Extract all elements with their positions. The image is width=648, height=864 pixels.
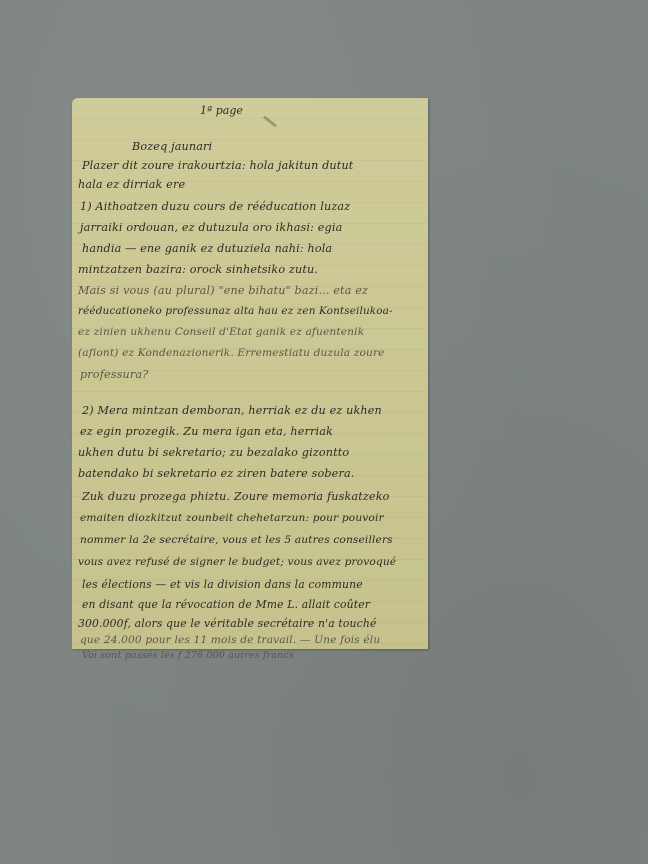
text-line: hala ez dirriak ere [78,178,185,191]
text-line: que 24.000 pour les 11 mois de travail. … [80,634,380,646]
text-line: emaiten diozkitzut zounbeit chehetarzun:… [80,512,384,524]
text-line: Voi sont passés les f 276.000 autres fra… [82,650,294,661]
text-line: les élections — et vis la division dans … [82,578,363,591]
text-line: 2) Mera mintzan demboran, herriak ez du … [82,404,382,417]
text-line: (afiont) ez Kondenazionerik. Erremestiat… [78,347,385,359]
text-line: professura? [80,368,148,381]
text-line: nommer la 2e secrétaire, vous et les 5 a… [80,534,393,546]
text-line: ez egin prozegik. Zu mera igan eta, herr… [80,425,333,438]
text-line: ez zinien ukhenu Conseil d'Etat ganik ez… [78,326,364,338]
salutation: Bozeq jaunari [132,140,212,153]
text-line: en disant que la révocation de Mme L. al… [82,598,370,611]
page-label: 1ª page [200,104,243,117]
text-line: mintzatzen bazira: orock sinhetsiko zutu… [78,263,318,276]
text-line: ukhen dutu bi sekretario; zu bezalako gi… [78,446,349,459]
text-line: 1) Aithoatzen duzu cours de rééducation … [80,200,350,213]
text-line: vous avez refusé de signer le budget; vo… [78,556,396,568]
text-line: Zuk duzu prozega phiztu. Zoure memoria f… [82,490,390,503]
text-line: batendako bi sekretario ez ziren batere … [78,467,354,480]
text-line: rééducationeko professunaz alta hau ez z… [78,305,393,317]
letter-page: 1ª page Bozeq jaunari Plazer dit zoure i… [72,98,428,649]
text-line: 300.000f, alors que le véritable secréta… [78,617,377,630]
text-line: handia — ene ganik ez dutuziela nahi: ho… [82,242,332,255]
paper-mark [263,115,277,127]
text-line: jarraiki ordouan, ez dutuzula oro ikhasi… [80,221,342,234]
text-line: Mais si vous (au plural) "ene bihatu" ba… [78,284,368,297]
text-line: Plazer dit zoure irakourtzia: hola jakit… [82,159,353,172]
